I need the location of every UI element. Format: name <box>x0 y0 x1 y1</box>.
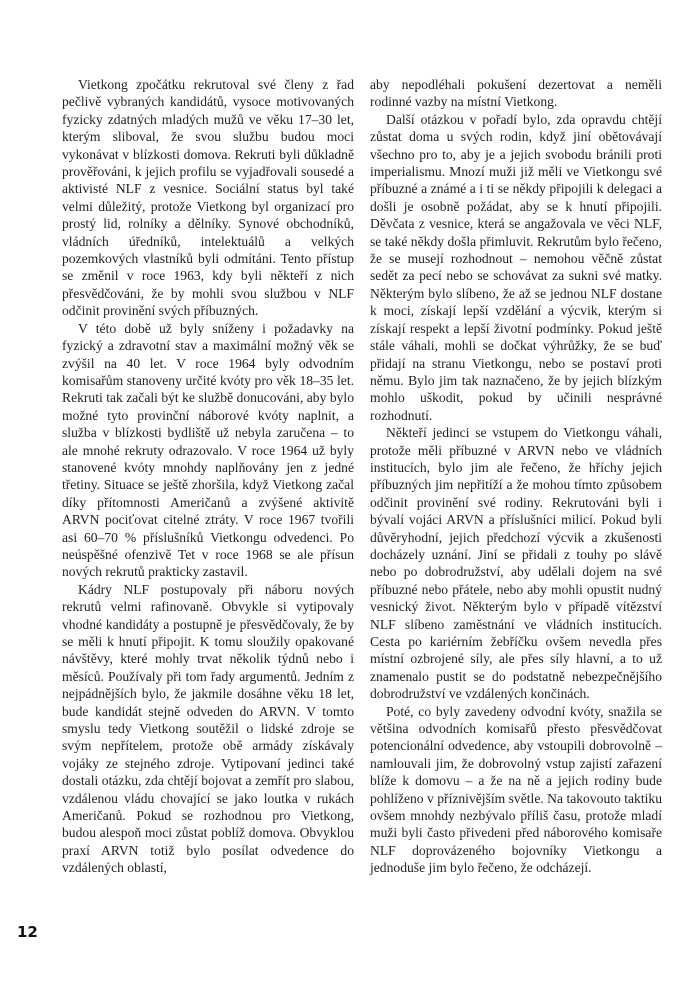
paragraph: Někteří jedinci se vstupem do Vietkongu … <box>370 424 662 703</box>
book-page: Vietkong zpočátku rekrutoval své členy z… <box>0 0 700 1002</box>
paragraph: V této době už byly sníženy i požadavky … <box>62 320 354 581</box>
left-column: Vietkong zpočátku rekrutoval své členy z… <box>62 76 354 877</box>
paragraph: Další otázkou v pořadí bylo, zda opravdu… <box>370 111 662 424</box>
right-column: aby nepodléhali pokušení dezertovat a ne… <box>370 76 662 877</box>
paragraph-continuation: aby nepodléhali pokušení dezertovat a ne… <box>370 76 662 111</box>
page-number: 12 <box>17 923 38 941</box>
paragraph: Vietkong zpočátku rekrutoval své členy z… <box>62 76 354 320</box>
paragraph: Kádry NLF postupovaly při náboru nových … <box>62 581 354 877</box>
paragraph: Poté, co byly zavedeny odvodní kvóty, sn… <box>370 703 662 877</box>
